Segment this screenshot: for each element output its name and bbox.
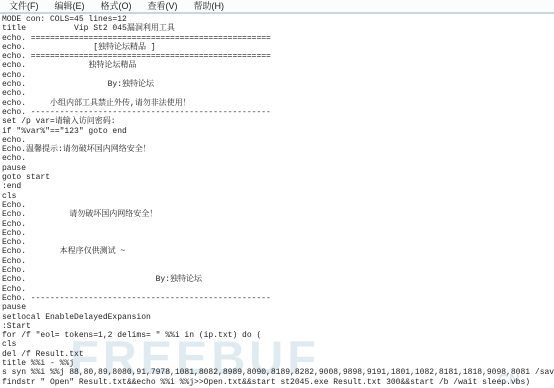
code-line: Echo. — [2, 285, 554, 294]
code-line: pause — [2, 303, 554, 312]
notepad-menubar: 文件(F) 编辑(E) 格式(O) 查看(V) 帮助(H) — [0, 0, 554, 14]
code-line: del /f Result.txt — [2, 350, 554, 359]
code-line: echo. By:独特论坛 — [2, 80, 554, 89]
code-line: echo. 小组内部工具禁止外传,请勿非法使用！ — [2, 99, 554, 108]
code-line: echo. [独特论坛精品 ] — [2, 43, 554, 52]
code-line: echo. ----------------------------------… — [2, 108, 554, 117]
code-line: Echo. ----------------------------------… — [2, 294, 554, 303]
code-line: echo. — [2, 89, 554, 98]
menu-format[interactable]: 格式(O) — [94, 0, 141, 12]
code-line: :Start — [2, 322, 554, 331]
text-editor-area[interactable]: MODE con: COLS=45 lines=12title Vip St2 … — [2, 15, 554, 388]
code-line: Echo. — [2, 266, 554, 275]
code-line: Echo.温馨提示:请勿破坏国内网络安全！ — [2, 145, 554, 154]
code-line: for /f "eol= tokens=1,2 delims= " %%i in… — [2, 331, 554, 340]
code-line: findstr " Open" Result.txt&&echo %%i %%j… — [2, 378, 554, 387]
code-line: echo. — [2, 71, 554, 80]
code-line: set /p var=请输入访问密码: — [2, 117, 554, 126]
code-line: MODE con: COLS=45 lines=12 — [2, 15, 554, 24]
menu-file[interactable]: 文件(F) — [2, 0, 48, 12]
code-line: Echo. — [2, 229, 554, 238]
code-line: cls — [2, 340, 554, 349]
code-line: cls — [2, 192, 554, 201]
code-line: Echo. 本程序仅供测试 ~ — [2, 247, 554, 256]
code-line: title Vip St2 045漏洞利用工具 — [2, 24, 554, 33]
menu-edit[interactable]: 编辑(E) — [48, 0, 94, 12]
code-line: pause — [2, 164, 554, 173]
menu-view[interactable]: 查看(V) — [141, 0, 187, 12]
code-line: s syn %%i %%j 88,80,89,8080,91,7978,1081… — [2, 368, 554, 377]
code-line: echo. — [2, 136, 554, 145]
code-line: Echo. By:独特论坛 — [2, 275, 554, 284]
code-line: Echo. — [2, 257, 554, 266]
code-line: Echo. — [2, 220, 554, 229]
code-line: Echo. 请勿破坏国内网络安全！ — [2, 210, 554, 219]
code-line: setlocal EnableDelayedExpansion — [2, 313, 554, 322]
code-line: goto start — [2, 173, 554, 182]
code-line: Echo. — [2, 201, 554, 210]
code-line: if "%var%"=="123" goto end — [2, 127, 554, 136]
menu-help[interactable]: 帮助(H) — [187, 0, 234, 12]
code-line: echo. ==================================… — [2, 34, 554, 43]
code-line: title %%i - %%j — [2, 359, 554, 368]
code-line: echo. 独特论坛精品 — [2, 61, 554, 70]
code-line: echo. — [2, 154, 554, 163]
code-line: :end — [2, 182, 554, 191]
